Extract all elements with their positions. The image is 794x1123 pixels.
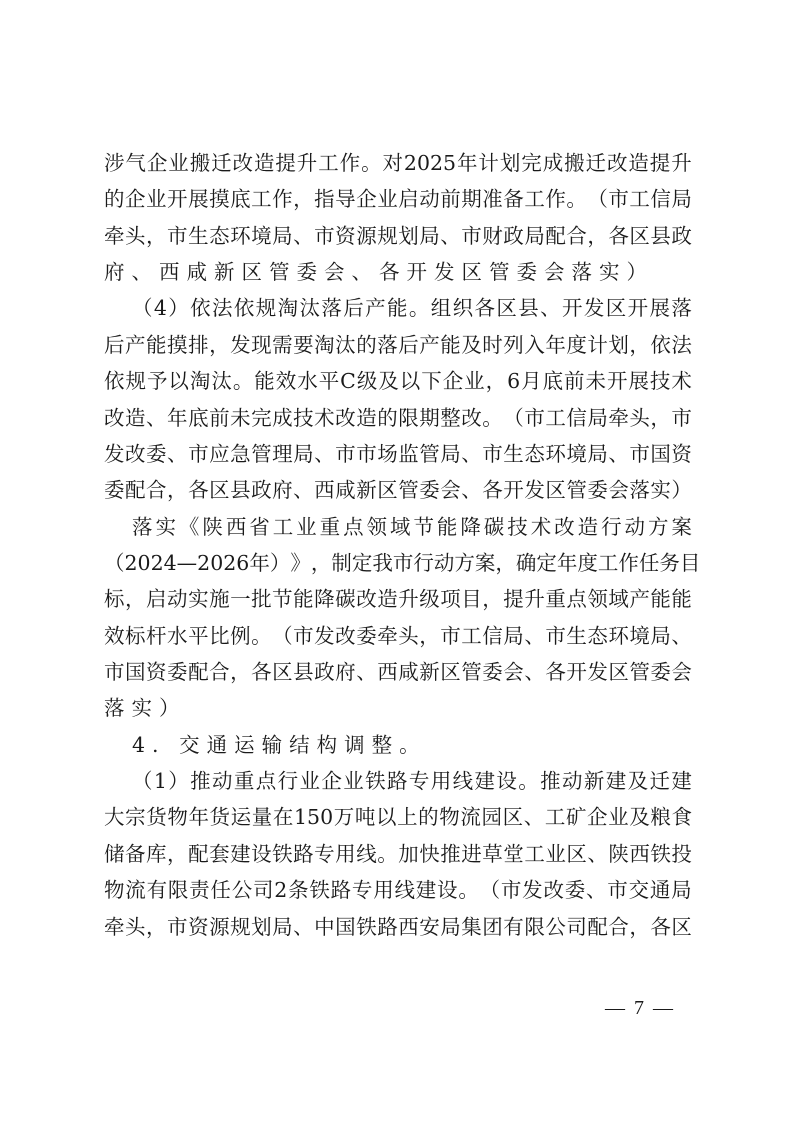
text-line: 大宗货物年货运量在150万吨以上的物流园区、工矿企业及粮食 <box>104 799 692 835</box>
paragraph-energy-saving-plan: 落实《陕西省工业重点领域节能降碳技术改造行动方案 （2024—2026年）》，制… <box>104 509 692 727</box>
section-heading: 4. 交通运输结构调整。 <box>104 727 692 763</box>
text-line: 涉气企业搬迁改造提升工作。对2025年计划完成搬迁改造提升 <box>104 145 692 181</box>
text-line: 落实《陕西省工业重点领域节能降碳技术改造行动方案 <box>104 509 692 545</box>
document-body: 涉气企业搬迁改造提升工作。对2025年计划完成搬迁改造提升 的企业开展摸底工作，… <box>104 145 692 945</box>
paragraph-eliminate-backward-capacity: （4）依法依规淘汰落后产能。组织各区县、开发区开展落 后产能摸排，发现需要淘汰的… <box>104 290 692 508</box>
text-line: 依规予以淘汰。能效水平C级及以下企业，6月底前未开展技术 <box>104 363 692 399</box>
text-line: （4）依法依规淘汰落后产能。组织各区县、开发区开展落 <box>104 290 692 326</box>
text-line: 牵头，市生态环境局、市资源规划局、市财政局配合，各区县政 <box>104 218 692 254</box>
text-line: 储备库，配套建设铁路专用线。加快推进草堂工业区、陕西铁投 <box>104 836 692 872</box>
text-line: 委配合，各区县政府、西咸新区管委会、各开发区管委会落实） <box>104 472 692 508</box>
text-line: 府、西咸新区管委会、各开发区管委会落实） <box>104 254 692 290</box>
text-line: 市国资委配合，各区县政府、西咸新区管委会、各开发区管委会 <box>104 654 692 690</box>
text-line: （2024—2026年）》，制定我市行动方案，确定年度工作任务目 <box>104 545 692 581</box>
document-page: 涉气企业搬迁改造提升工作。对2025年计划完成搬迁改造提升 的企业开展摸底工作，… <box>0 0 794 1123</box>
text-line: 改造、年底前未完成技术改造的限期整改。（市工信局牵头，市 <box>104 400 692 436</box>
text-line: 后产能摸排，发现需要淘汰的落后产能及时列入年度计划，依法 <box>104 327 692 363</box>
paragraph-railway-lines: （1）推动重点行业企业铁路专用线建设。推动新建及迁建 大宗货物年货运量在150万… <box>104 763 692 945</box>
paragraph-relocation: 涉气企业搬迁改造提升工作。对2025年计划完成搬迁改造提升 的企业开展摸底工作，… <box>104 145 692 290</box>
text-line: 的企业开展摸底工作，指导企业启动前期准备工作。（市工信局 <box>104 181 692 217</box>
page-number: — 7 — <box>600 994 680 1022</box>
section-heading-transport: 4. 交通运输结构调整。 <box>104 727 692 763</box>
text-line: 落实） <box>104 690 692 726</box>
text-line: 标，启动实施一批节能降碳改造升级项目，提升重点领域产能能 <box>104 581 692 617</box>
text-line: 效标杆水平比例。（市发改委牵头，市工信局、市生态环境局、 <box>104 618 692 654</box>
text-line: （1）推动重点行业企业铁路专用线建设。推动新建及迁建 <box>104 763 692 799</box>
text-line: 牵头，市资源规划局、中国铁路西安局集团有限公司配合，各区 <box>104 909 692 945</box>
text-line: 物流有限责任公司2条铁路专用线建设。（市发改委、市交通局 <box>104 872 692 908</box>
text-line: 发改委、市应急管理局、市市场监管局、市生态环境局、市国资 <box>104 436 692 472</box>
